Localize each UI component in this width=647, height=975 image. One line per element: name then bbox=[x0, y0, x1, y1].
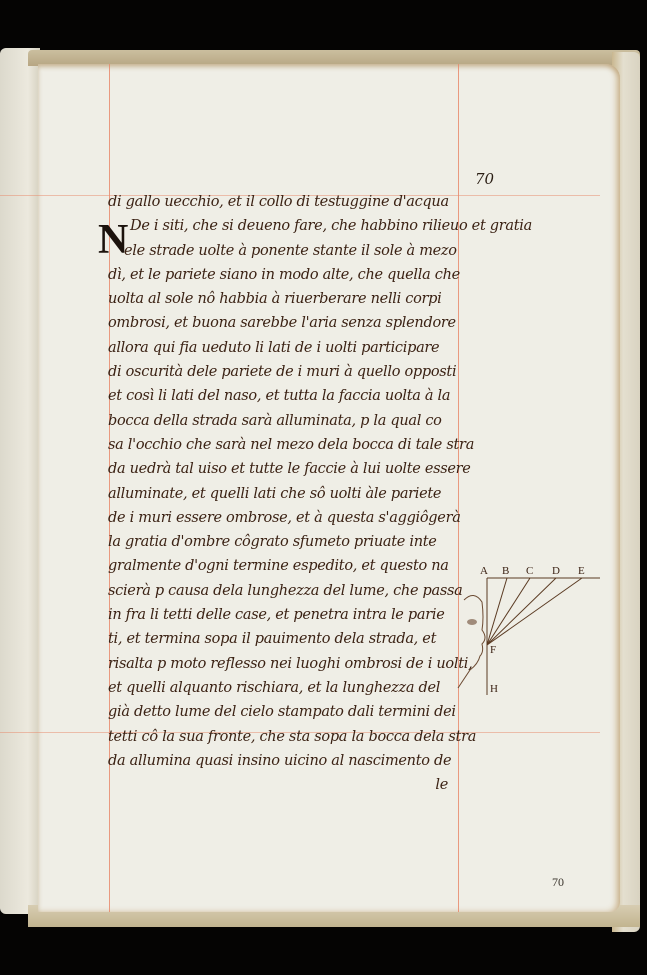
text-line: tetti cô la sua fronte, che sta sopa la … bbox=[108, 725, 488, 749]
perspective-diagram: A B C D E F H bbox=[452, 560, 612, 700]
text-line: ele strade uolte à ponente stante il sol… bbox=[108, 239, 488, 263]
text-line: da allumina quasi insino uicino al nasci… bbox=[108, 749, 488, 773]
text-line: gralmente d'ogni termine espedito, et qu… bbox=[108, 554, 488, 578]
label-b: B bbox=[502, 565, 509, 577]
text-line: de i muri essere ombrose, et à questa s'… bbox=[108, 506, 488, 530]
section-heading: De i siti, che si deueno fare, che habbi… bbox=[108, 214, 488, 238]
face-profile-sketch bbox=[458, 595, 485, 688]
folio-number-printed: 70 bbox=[552, 875, 564, 890]
text-line: la gratia d'ombre côgrato sfumeto priuat… bbox=[108, 530, 488, 554]
text-line: uolta al sole nô habbia à riuerberare ne… bbox=[108, 287, 488, 311]
label-f: F bbox=[490, 644, 496, 656]
left-facing-page bbox=[0, 48, 40, 914]
diagram-lines bbox=[487, 578, 600, 695]
text-line: allora qui fia ueduto li lati de i uolti… bbox=[108, 336, 488, 360]
text-line: et così li lati del naso, et tutta la fa… bbox=[108, 384, 488, 408]
label-d: D bbox=[552, 565, 560, 577]
label-c: C bbox=[526, 565, 533, 577]
text-line: ombrosi, et buona sarebbe l'aria senza s… bbox=[108, 311, 488, 335]
label-a: A bbox=[480, 565, 488, 577]
folio-number-handwritten: 70 bbox=[475, 170, 494, 188]
text-line: alluminate, et quelli lati che sô uolti … bbox=[108, 482, 488, 506]
text-line: et quelli alquanto rischiara, et la lung… bbox=[108, 676, 488, 700]
text-line: ti, et termina sopa il pauimento dela st… bbox=[108, 627, 488, 651]
decorated-initial: N bbox=[98, 216, 128, 264]
eye-sketch bbox=[467, 619, 477, 625]
catchword: le bbox=[108, 773, 488, 797]
text-line-first: di gallo uecchio, et il collo di testugg… bbox=[108, 190, 488, 214]
text-line: in fra li tetti delle case, et penetra i… bbox=[108, 603, 488, 627]
text-line: di oscurità dele pariete de i muri à que… bbox=[108, 360, 488, 384]
label-e: E bbox=[578, 565, 585, 577]
text-line: scierà p causa dela lunghezza del lume, … bbox=[108, 579, 488, 603]
text-line: dì, et le pariete siano in modo alte, ch… bbox=[108, 263, 488, 287]
label-h: H bbox=[490, 683, 498, 695]
text-line: già detto lume del cielo stampato dali t… bbox=[108, 700, 488, 724]
text-line: da uedrà tal uiso et tutte le faccie à l… bbox=[108, 457, 488, 481]
diagram-labels: A B C D E F H bbox=[480, 565, 585, 695]
text-line: sa l'occhio che sarà nel mezo dela bocca… bbox=[108, 433, 488, 457]
manuscript-text: N di gallo uecchio, et il collo di testu… bbox=[108, 190, 488, 797]
text-line: bocca della strada sarà alluminata, p la… bbox=[108, 409, 488, 433]
text-line: risalta p moto reflesso nei luoghi ombro… bbox=[108, 652, 488, 676]
